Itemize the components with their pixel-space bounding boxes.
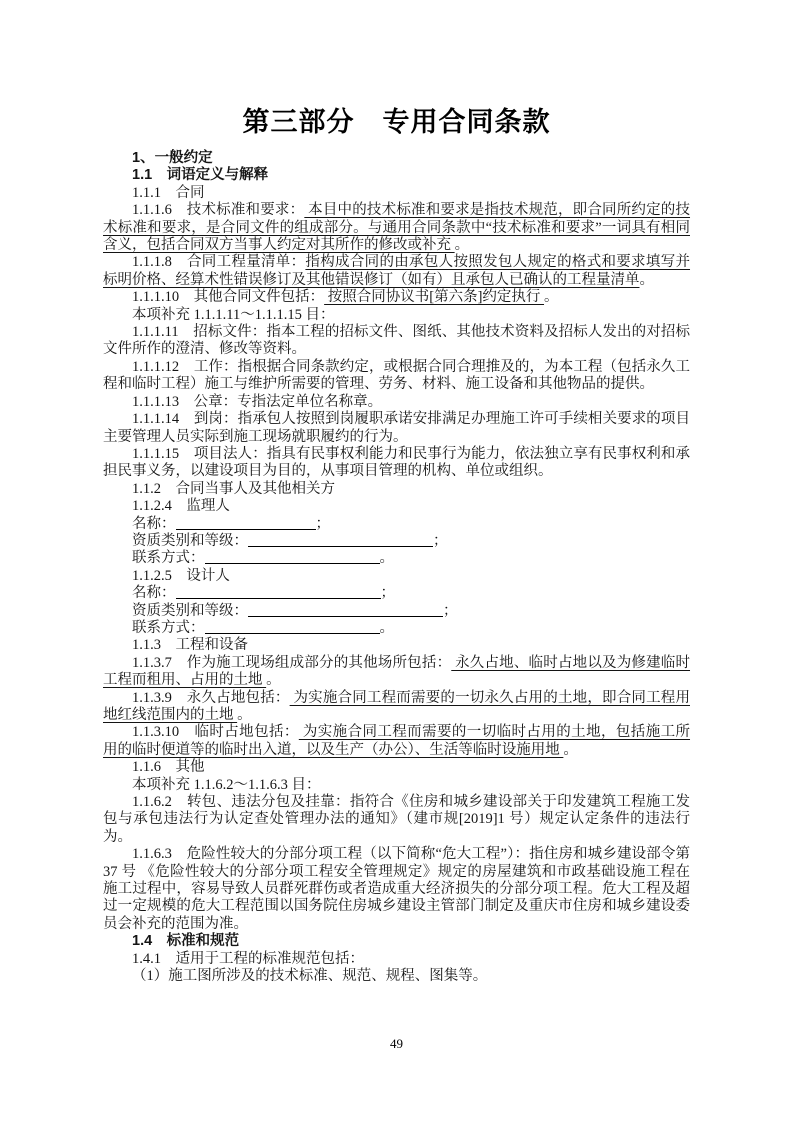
text-run: 1.1.1.6 技术标准和要求：	[132, 202, 304, 218]
clause-1-1-1-14: 1.1.1.14 到岗：指承包人按照到岗履职承诺安排满足办理施工许可手续相关要求…	[103, 411, 690, 446]
supervisor-contact-line: 联系方式：。	[103, 550, 690, 567]
clause-1-1-6-2: 1.1.6.2 转包、违法分包及挂靠：指符合《住房和城乡建设部关于印发建筑工程施…	[103, 794, 690, 846]
text-run: ；	[381, 585, 396, 601]
text-run: 1.1.1.11 招标文件：指本工程的招标文件、图纸、其他技术资料及招标人发出的…	[103, 324, 690, 357]
clause-1-1-1-13: 1.1.1.13 公章：专指法定单位名称章。	[103, 394, 690, 411]
clause-1-1-1-8: 1.1.1.8 合同工程量清单：指构成合同的由承包人按照发包人规定的格式和要求填…	[103, 254, 690, 289]
text-run: 。	[563, 742, 578, 758]
clause-1-1-3-9: 1.1.3.9 永久占地包括： 为实施合同工程而需要的一切永久占用的土地，即合同…	[103, 690, 690, 725]
clause-1-4-1: 1.4.1 适用于工程的标准规范包括：	[103, 951, 690, 968]
text-run: 1.1.3.10 临时占地包括：	[132, 724, 299, 740]
text-run: 1.1.2.4 监理人	[132, 498, 230, 514]
text-run: ；	[433, 533, 448, 549]
clause-1-1-1: 1.1.1 合同	[103, 185, 690, 202]
text-run: 。	[380, 620, 395, 636]
text-run: 1.1.1.10 其他合同文件包括：	[132, 289, 324, 305]
fill-in-blank	[176, 516, 316, 530]
text-run: 1.1.1.8 合同工程量清单：	[132, 254, 305, 270]
clause-1-1-6: 1.1.6 其他	[103, 759, 690, 776]
text-run: 。	[640, 272, 655, 288]
text-run: 1.1 词语定义与解释	[132, 167, 268, 183]
text-run: 。	[380, 550, 395, 566]
text-run: 资质类别和等级：	[132, 533, 248, 549]
fill-in-blank	[205, 620, 380, 634]
text-run: （1）施工图所涉及的技术标准、规范、规程、图集等。	[132, 968, 487, 984]
text-run: 联系方式：	[132, 550, 205, 566]
text-run: 1、一般约定	[132, 150, 213, 166]
text-run: 1.1.2.5 设计人	[132, 568, 230, 584]
text-run: 1.1.1.15 项目法人：指具有民事权利能力和民事行为能力，依法独立享有民事权…	[103, 446, 690, 479]
text-run: 1.1.3.9 永久占地包括：	[132, 690, 290, 706]
clause-1-1-2-5: 1.1.2.5 设计人	[103, 568, 690, 585]
fill-in-blank	[176, 585, 381, 599]
designer-qualification-line: 资质类别和等级：；	[103, 603, 690, 620]
clause-1-1-2-4: 1.1.2.4 监理人	[103, 498, 690, 515]
heading-standards: 1.4 标准和规范	[103, 933, 690, 950]
text-run: 。	[544, 289, 559, 305]
clause-1-4-1-item-1: （1）施工图所涉及的技术标准、规范、规程、图集等。	[103, 968, 690, 985]
heading-definitions: 1.1 词语定义与解释	[103, 167, 690, 184]
clause-1-1-1-10: 1.1.1.10 其他合同文件包括： 按照合同协议书[第六条]约定执行 。	[103, 289, 690, 306]
text-run: 本项补充 1.1.1.11～1.1.1.15 目：	[132, 307, 334, 323]
text-run: 。	[266, 672, 281, 688]
designer-name-line: 名称：；	[103, 585, 690, 602]
supplement-note-2: 本项补充 1.1.6.2～1.1.6.3 目：	[103, 777, 690, 794]
clause-1-1-1-12: 1.1.1.12 工作：指根据合同条款约定，或根据合同合理推及的，为本工程（包括…	[103, 359, 690, 394]
contract-document-page: 第三部分 专用合同条款 1、一般约定1.1 词语定义与解释1.1.1 合同1.1…	[0, 0, 793, 1122]
text-run: ；	[316, 516, 331, 532]
filled-answer-text: 按照合同协议书[第六条]约定执行	[324, 289, 544, 305]
heading-general-provisions: 1、一般约定	[103, 150, 690, 167]
text-run: 1.1.1.14 到岗：指承包人按照到岗履职承诺安排满足办理施工许可手续相关要求…	[103, 411, 690, 444]
text-run: 1.1.3 工程和设备	[132, 637, 248, 653]
supplement-note-1: 本项补充 1.1.1.11～1.1.1.15 目：	[103, 307, 690, 324]
text-run: 1.1.1.12 工作：指根据合同条款约定，或根据合同合理推及的，为本工程（包括…	[103, 359, 690, 392]
clause-1-1-1-11: 1.1.1.11 招标文件：指本工程的招标文件、图纸、其他技术资料及招标人发出的…	[103, 324, 690, 359]
text-run: 名称：	[132, 516, 176, 532]
text-run: 联系方式：	[132, 620, 205, 636]
text-run: 1.1.6.3 危险性较大的分部分项工程（以下简称“危大工程”）：指住房和城乡建…	[103, 846, 690, 932]
clause-1-1-2: 1.1.2 合同当事人及其他相关方	[103, 481, 690, 498]
document-title: 第三部分 专用合同条款	[0, 100, 793, 139]
fill-in-blank	[205, 550, 380, 564]
document-body: 1、一般约定1.1 词语定义与解释1.1.1 合同1.1.1.6 技术标准和要求…	[103, 150, 690, 986]
text-run: 1.1.6.2 转包、违法分包及挂靠：指符合《住房和城乡建设部关于印发建筑工程施…	[103, 794, 690, 845]
fill-in-blank	[248, 533, 433, 547]
text-run: 1.1.3.7 作为施工现场组成部分的其他场所包括：	[132, 655, 451, 671]
clause-1-1-3-10: 1.1.3.10 临时占地包括： 为实施合同工程而需要的一切临时占用的土地，包括…	[103, 724, 690, 759]
supervisor-name-line: 名称：；	[103, 516, 690, 533]
text-run: 1.1.1 合同	[132, 185, 205, 201]
page-number: 49	[0, 1036, 793, 1052]
text-run: 。	[455, 237, 470, 253]
text-run: 。	[237, 707, 252, 723]
clause-1-1-3: 1.1.3 工程和设备	[103, 637, 690, 654]
text-run: 1.4.1 适用于工程的标准规范包括：	[132, 951, 364, 967]
fill-in-blank	[248, 603, 443, 617]
clause-1-1-3-7: 1.1.3.7 作为施工现场组成部分的其他场所包括： 永久占地、临时占地以及为修…	[103, 655, 690, 690]
text-run: 1.4 标准和规范	[132, 933, 239, 949]
text-run: 名称：	[132, 585, 176, 601]
clause-1-1-1-6: 1.1.1.6 技术标准和要求： 本目中的技术标准和要求是指技术规范，即合同所约…	[103, 202, 690, 254]
designer-contact-line: 联系方式：。	[103, 620, 690, 637]
text-run: ；	[443, 603, 458, 619]
supervisor-qualification-line: 资质类别和等级：；	[103, 533, 690, 550]
text-run: 1.1.6 其他	[132, 759, 205, 775]
text-run: 1.1.2 合同当事人及其他相关方	[132, 481, 335, 497]
clause-1-1-1-15: 1.1.1.15 项目法人：指具有民事权利能力和民事行为能力，依法独立享有民事权…	[103, 446, 690, 481]
text-run: 资质类别和等级：	[132, 603, 248, 619]
text-run: 1.1.1.13 公章：专指法定单位名称章。	[132, 394, 382, 410]
clause-1-1-6-3: 1.1.6.3 危险性较大的分部分项工程（以下简称“危大工程”）：指住房和城乡建…	[103, 846, 690, 933]
text-run: 本项补充 1.1.6.2～1.1.6.3 目：	[132, 777, 321, 793]
